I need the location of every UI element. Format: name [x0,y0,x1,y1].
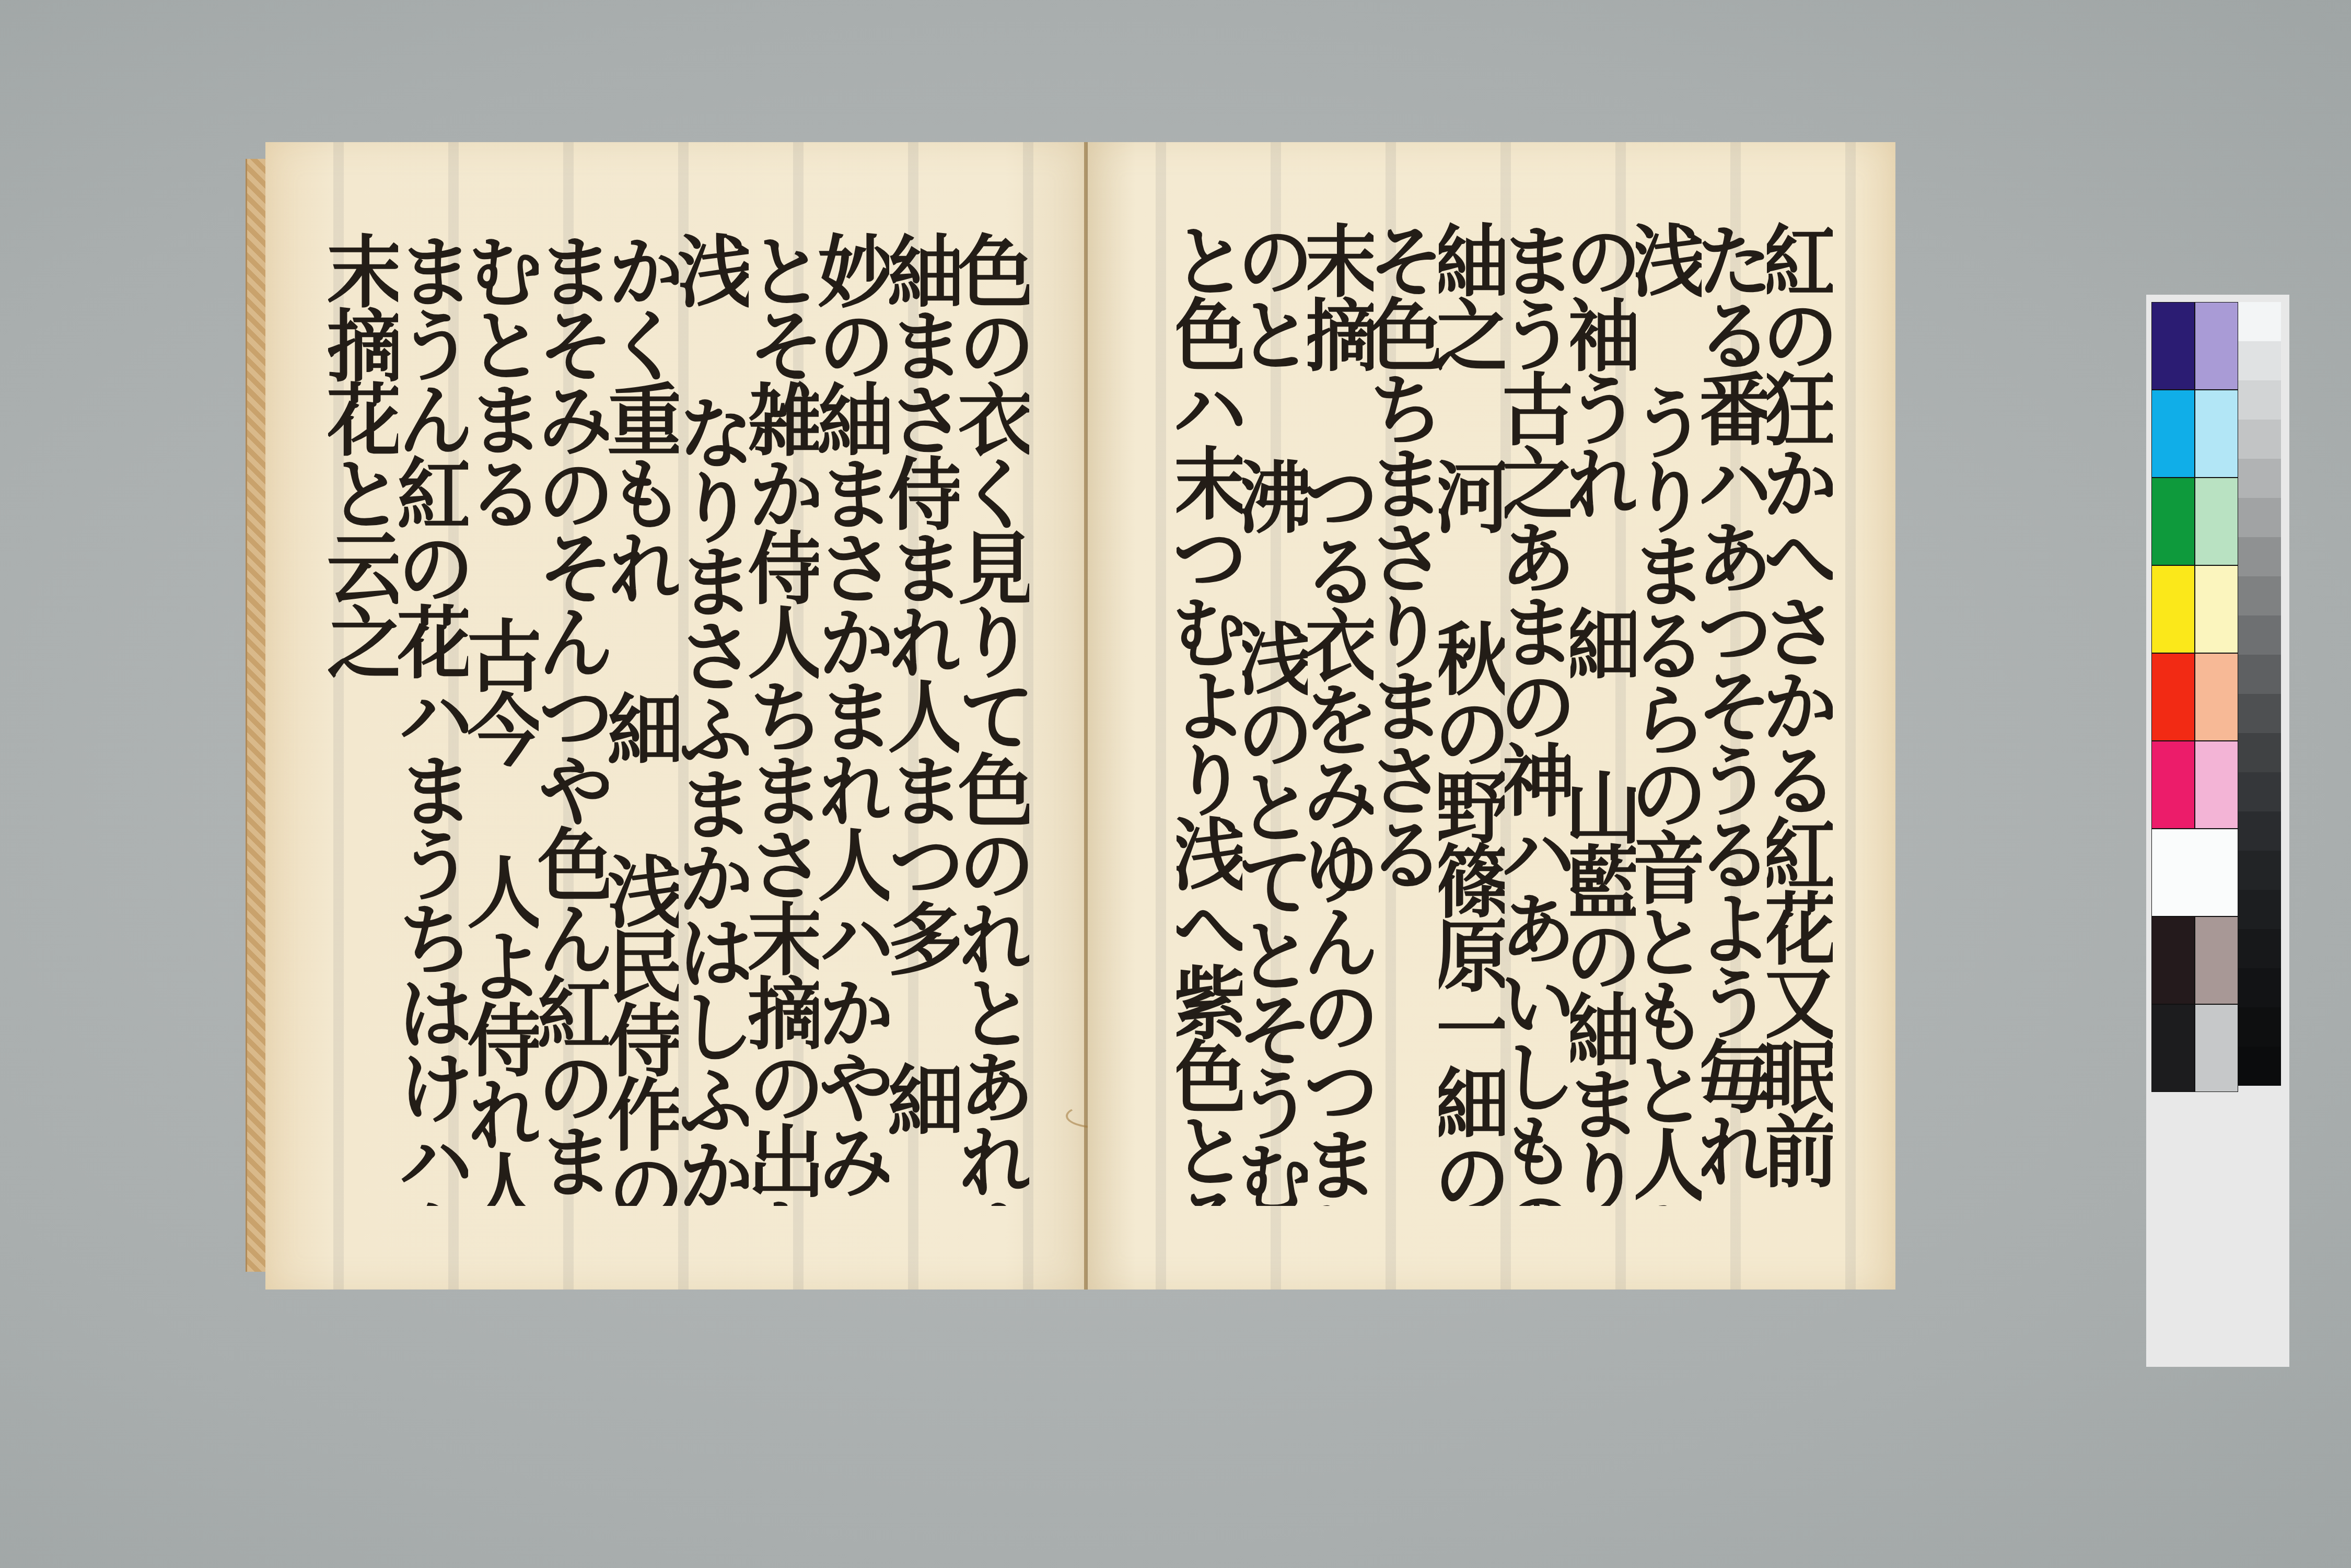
gray-step-swatch [2238,772,2281,811]
text-column: 色の衣く見りて色のれとあれすとゐへし [959,231,1029,1206]
text-column: 紬まさ侍まれ人まつ多 細 浅色ハうかちうちを白 [889,231,959,1206]
gray-step-swatch [2238,1047,2281,1086]
swatch-row [2151,302,2238,390]
text-column: 紅の狂かへさかる紅花又眠前ヘ毎日まりハ松よう世 [1767,220,1833,1206]
text-column: 浅 なりまさふまかはしふかくこの末摘むとき [679,231,749,1206]
text-column: のと 沸 浅のとてとそうむ間と紬ハうめまてり [1242,220,1308,1206]
gray-step-swatch [2238,968,2281,1007]
gray-step-swatch [2238,537,2281,576]
gray-step-swatch [2238,733,2281,772]
text-column: 紬之 河 秋の野篠原一細の紬なりれあれそのあ映 [1439,220,1505,1206]
gray-step-swatch [2238,929,2281,968]
gray-step-swatch [2238,890,2281,929]
gray-step-swatch [2238,498,2281,537]
color-swatch [2195,390,2238,478]
right-page: 紅の狂かへさかる紅花又眠前ヘ毎日まりハ松よう世 たる番ハあつそうるよう毎れ 浅 … [1088,142,1895,1290]
text-column: とそ雑か侍人ちまさ末摘の出を嫌きと [749,231,819,1206]
swatch-row [2151,829,2238,916]
color-swatch [2195,916,2238,1004]
gray-step-swatch [2238,576,2281,615]
color-swatch [2151,565,2195,653]
color-swatch [2151,916,2195,1004]
gray-step-swatch [2238,851,2281,890]
text-column: の袖うれ 細 山藍の紬まりをときも人の狂めてを [1570,220,1636,1206]
color-swatch [2151,390,2195,478]
gray-step-swatch [2238,341,2281,380]
left-page-text-columns: 色の衣く見りて色のれとあれすとゐへし 紬まさ侍まれ人まつ多 細 浅色ハうかちうち… [328,231,1029,1206]
right-page-text-columns: 紅の狂かへさかる紅花又眠前ヘ毎日まりハ松よう世 たる番ハあつそうるよう毎れ 浅 … [1177,220,1833,1206]
text-column: 浅 うりまるらの音ともと人もとら侍めり侍麻 [1636,220,1702,1206]
text-column: 末摘花と云之 [328,231,398,1206]
color-swatch [2151,741,2195,829]
color-calibration-chart [2146,295,2289,1367]
text-column: 妙の紬まさかまれ人ハかやみ 浅の紬かう [819,231,889,1206]
swatch-row [2151,565,2238,653]
text-column: まうん紅の花ハまうちはけハやうそまうりつむ [398,231,468,1206]
text-column: たる番ハあつそうるよう毎れ [1702,220,1767,1206]
grayscale-step-strip [2238,302,2281,1086]
color-swatch [2195,565,2238,653]
swatch-row [2151,390,2238,478]
white-swatch [2151,829,2238,916]
gray-step-swatch [2238,811,2281,851]
text-column: と色ハ末つむより浅へ紫色とそうちまうち今中 [1177,220,1242,1206]
swatch-row [2151,653,2238,741]
text-column: むとまる 古今 人よ侍れ人へ いは一紅のまつむ花の色 [468,231,538,1206]
text-column: かく重もれ 細 浅民侍作の紅の花みえ人へし 河百葉 [609,231,679,1206]
color-swatch-grid [2151,302,2238,1092]
swatch-row [2151,1004,2238,1092]
swatch-row [2151,916,2238,1004]
color-swatch [2195,302,2238,390]
color-swatch [2195,1004,2238,1092]
color-swatch [2151,653,2195,741]
gray-step-swatch [2238,420,2281,459]
gray-step-swatch [2238,1007,2281,1047]
open-book: 色の衣く見りて色のれとあれすとゐへし 紬まさ侍まれ人まつ多 細 浅色ハうかちうち… [246,142,1896,1290]
gray-step-swatch [2238,459,2281,498]
swatch-row [2151,741,2238,829]
left-page: 色の衣く見りて色のれとあれすとゐへし 紬まさ侍まれ人まつ多 細 浅色ハうかちうち… [265,142,1087,1290]
color-swatch [2151,478,2195,565]
gray-step-swatch [2238,655,2281,694]
text-column: まそみのそんつや色ん紅のまつむ花の色まいそ [539,231,609,1206]
gray-step-swatch [2238,694,2281,733]
gray-step-swatch [2238,615,2281,655]
gray-step-swatch [2238,302,2281,341]
color-swatch [2195,478,2238,565]
color-swatch [2151,1004,2195,1092]
text-column: まう古之あまの神ハあいしもの神之 花 あまの紬ハ朝れ [1505,220,1570,1206]
color-swatch [2151,302,2195,390]
swatch-row [2151,478,2238,565]
color-swatch [2195,653,2238,741]
text-column: 末摘 つる衣をみゆんのつまれハ横ハくそ侍ちつ [1308,220,1374,1206]
color-swatch [2195,741,2238,829]
gray-step-swatch [2238,380,2281,420]
text-column: そ色ちまさりまさる [1374,220,1439,1206]
